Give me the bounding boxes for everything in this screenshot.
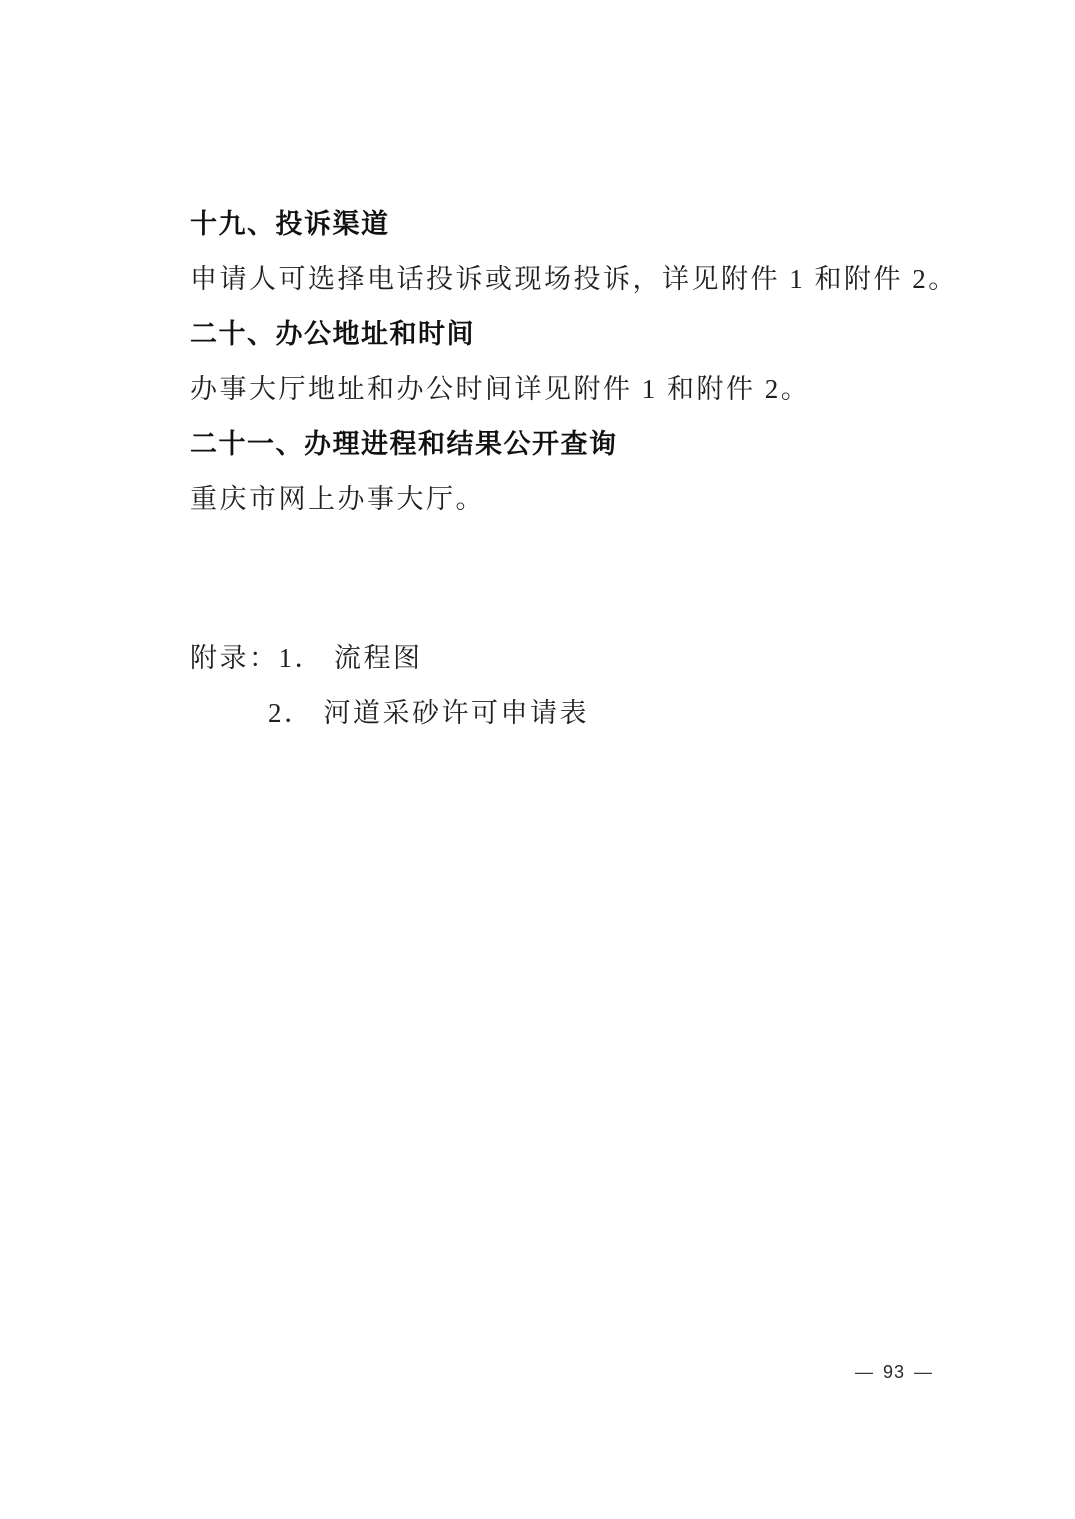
appendix-item-2-number: 2．: [268, 686, 314, 741]
appendix-line-2: 2．河道采砂许可申请表: [190, 686, 930, 741]
document-page: 十九、投诉渠道 申请人可选择电话投诉或现场投诉，详见附件 1 和附件 2。 二十…: [0, 0, 1075, 1519]
appendix-item-1-title: 流程图: [334, 643, 423, 673]
appendix-label: 附录：: [190, 643, 279, 673]
appendix: 附录：1．流程图 2．河道采砂许可申请表: [190, 631, 930, 741]
page-number-dash-right: —: [914, 1360, 933, 1384]
page-number-value: 93: [883, 1362, 905, 1382]
page-number-dash-left: —: [855, 1360, 874, 1384]
section-heading-office-address-time: 二十、办公地址和时间: [190, 307, 930, 362]
section-heading-progress-query: 二十一、办理进程和结果公开查询: [190, 417, 930, 472]
section-heading-complaint-channels: 十九、投诉渠道: [190, 197, 930, 252]
appendix-item-2-title: 河道采砂许可申请表: [324, 698, 590, 728]
section-paragraph-office-address-time: 办事大厅地址和办公时间详见附件 1 和附件 2。: [190, 362, 930, 417]
appendix-item-1-number: 1．: [279, 631, 325, 686]
appendix-line-1: 附录：1．流程图: [190, 631, 930, 686]
document-content: 十九、投诉渠道 申请人可选择电话投诉或现场投诉，详见附件 1 和附件 2。 二十…: [190, 197, 930, 741]
section-paragraph-complaint-channels: 申请人可选择电话投诉或现场投诉，详见附件 1 和附件 2。: [190, 252, 930, 307]
section-paragraph-progress-query: 重庆市网上办事大厅。: [190, 472, 930, 527]
page-number: —93—: [846, 1360, 942, 1384]
